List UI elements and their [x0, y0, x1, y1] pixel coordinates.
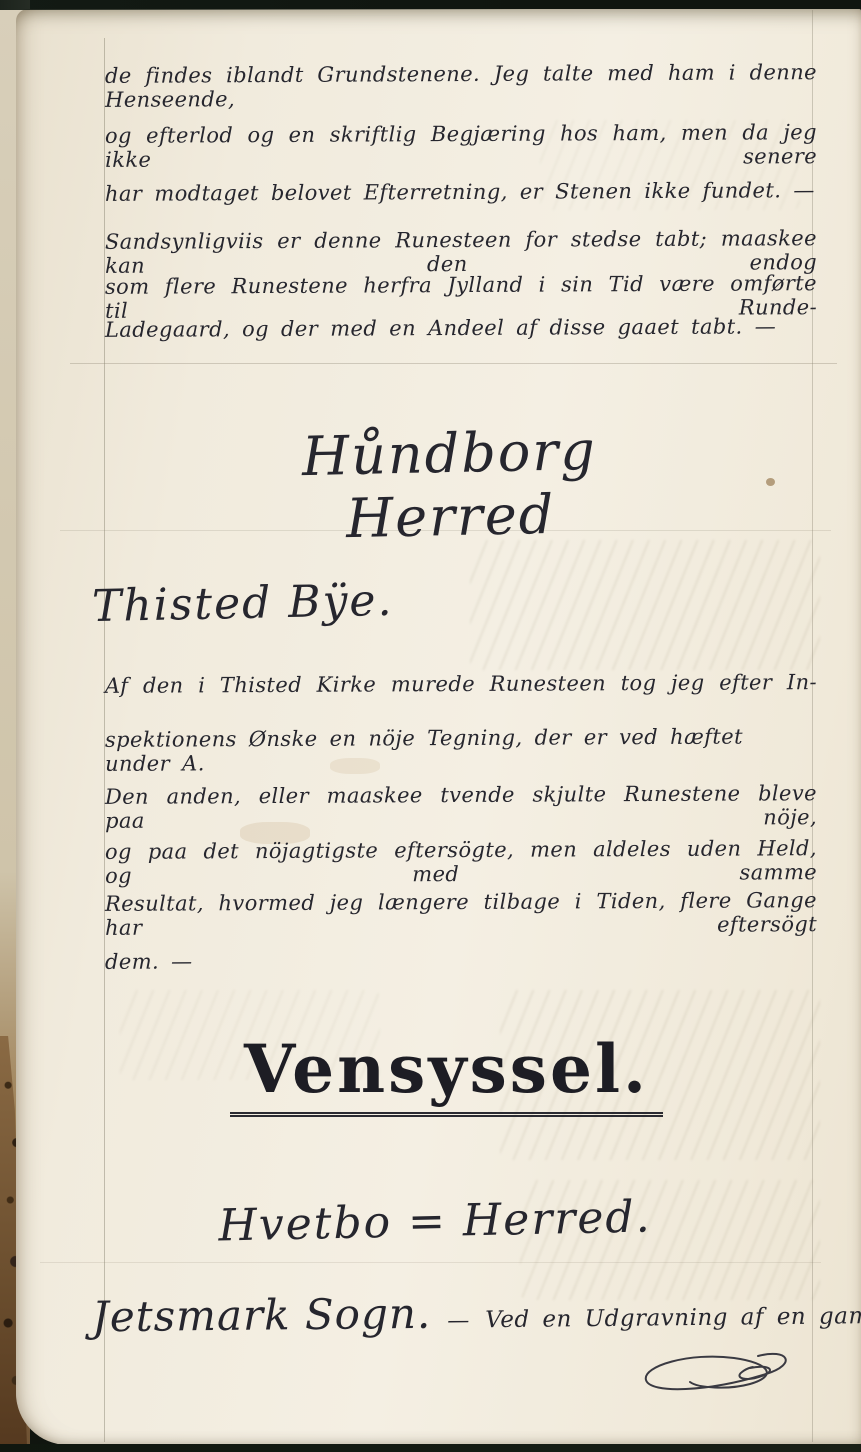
- subsection-heading-jetsmark-sogn: Jetsmark Sogn.: [92, 1289, 432, 1342]
- section-heading-hvetbo-herred: Hvetbo = Herred.: [200, 1191, 671, 1252]
- manuscript-line: har modtaget belovet Efterretning, er St…: [105, 178, 817, 206]
- photo-top-shadow: [0, 0, 534, 10]
- jetsmark-sogn-line: Jetsmark Sogn. — Ved en Udgravning af en…: [92, 1284, 861, 1342]
- manuscript-line: og paa det nöjagtigste eftersögte, men a…: [105, 836, 817, 888]
- paper-crease: [40, 1262, 821, 1263]
- subsection-heading-thisted-bye: Thisted Bÿe.: [91, 575, 393, 632]
- manuscript-photo: de findes iblandt Grundstenene. Jeg talt…: [0, 0, 861, 1452]
- region-heading-vendsyssel-wrap: Vensyssel.: [230, 1030, 610, 1108]
- jetsmark-text: Ved en Udgravning af en gammel: [485, 1303, 861, 1333]
- dash: —: [447, 1308, 469, 1333]
- manuscript-line: Ladegaard, og der med en Andeel af disse…: [105, 314, 817, 342]
- manuscript-line: spektionens Ønske en nöje Tegning, der e…: [105, 724, 817, 776]
- region-heading-vendsyssel: Vensyssel.: [230, 1030, 663, 1117]
- photo-bottom-shadow: [0, 1444, 861, 1452]
- manuscript-line: dem. —: [105, 946, 817, 974]
- manuscript-line: og efterlod og en skriftlig Begjæring ho…: [105, 120, 817, 172]
- section-heading-hundborg-herred: Hůndborg Herred: [189, 417, 712, 554]
- manuscript-line: Resultat, hvormed jeg længere tilbage i …: [105, 888, 817, 940]
- manuscript-line: Sandsynligviis er denne Runesteen for st…: [105, 226, 817, 278]
- paraph-flourish: [638, 1342, 808, 1417]
- manuscript-line: Af den i Thisted Kirke murede Runesteen …: [105, 670, 817, 698]
- manuscript-line: de findes iblandt Grundstenene. Jeg talt…: [105, 60, 817, 112]
- manuscript-line: Den anden, eller maaskee tvende skjulte …: [105, 781, 817, 833]
- paper-crease: [70, 363, 837, 364]
